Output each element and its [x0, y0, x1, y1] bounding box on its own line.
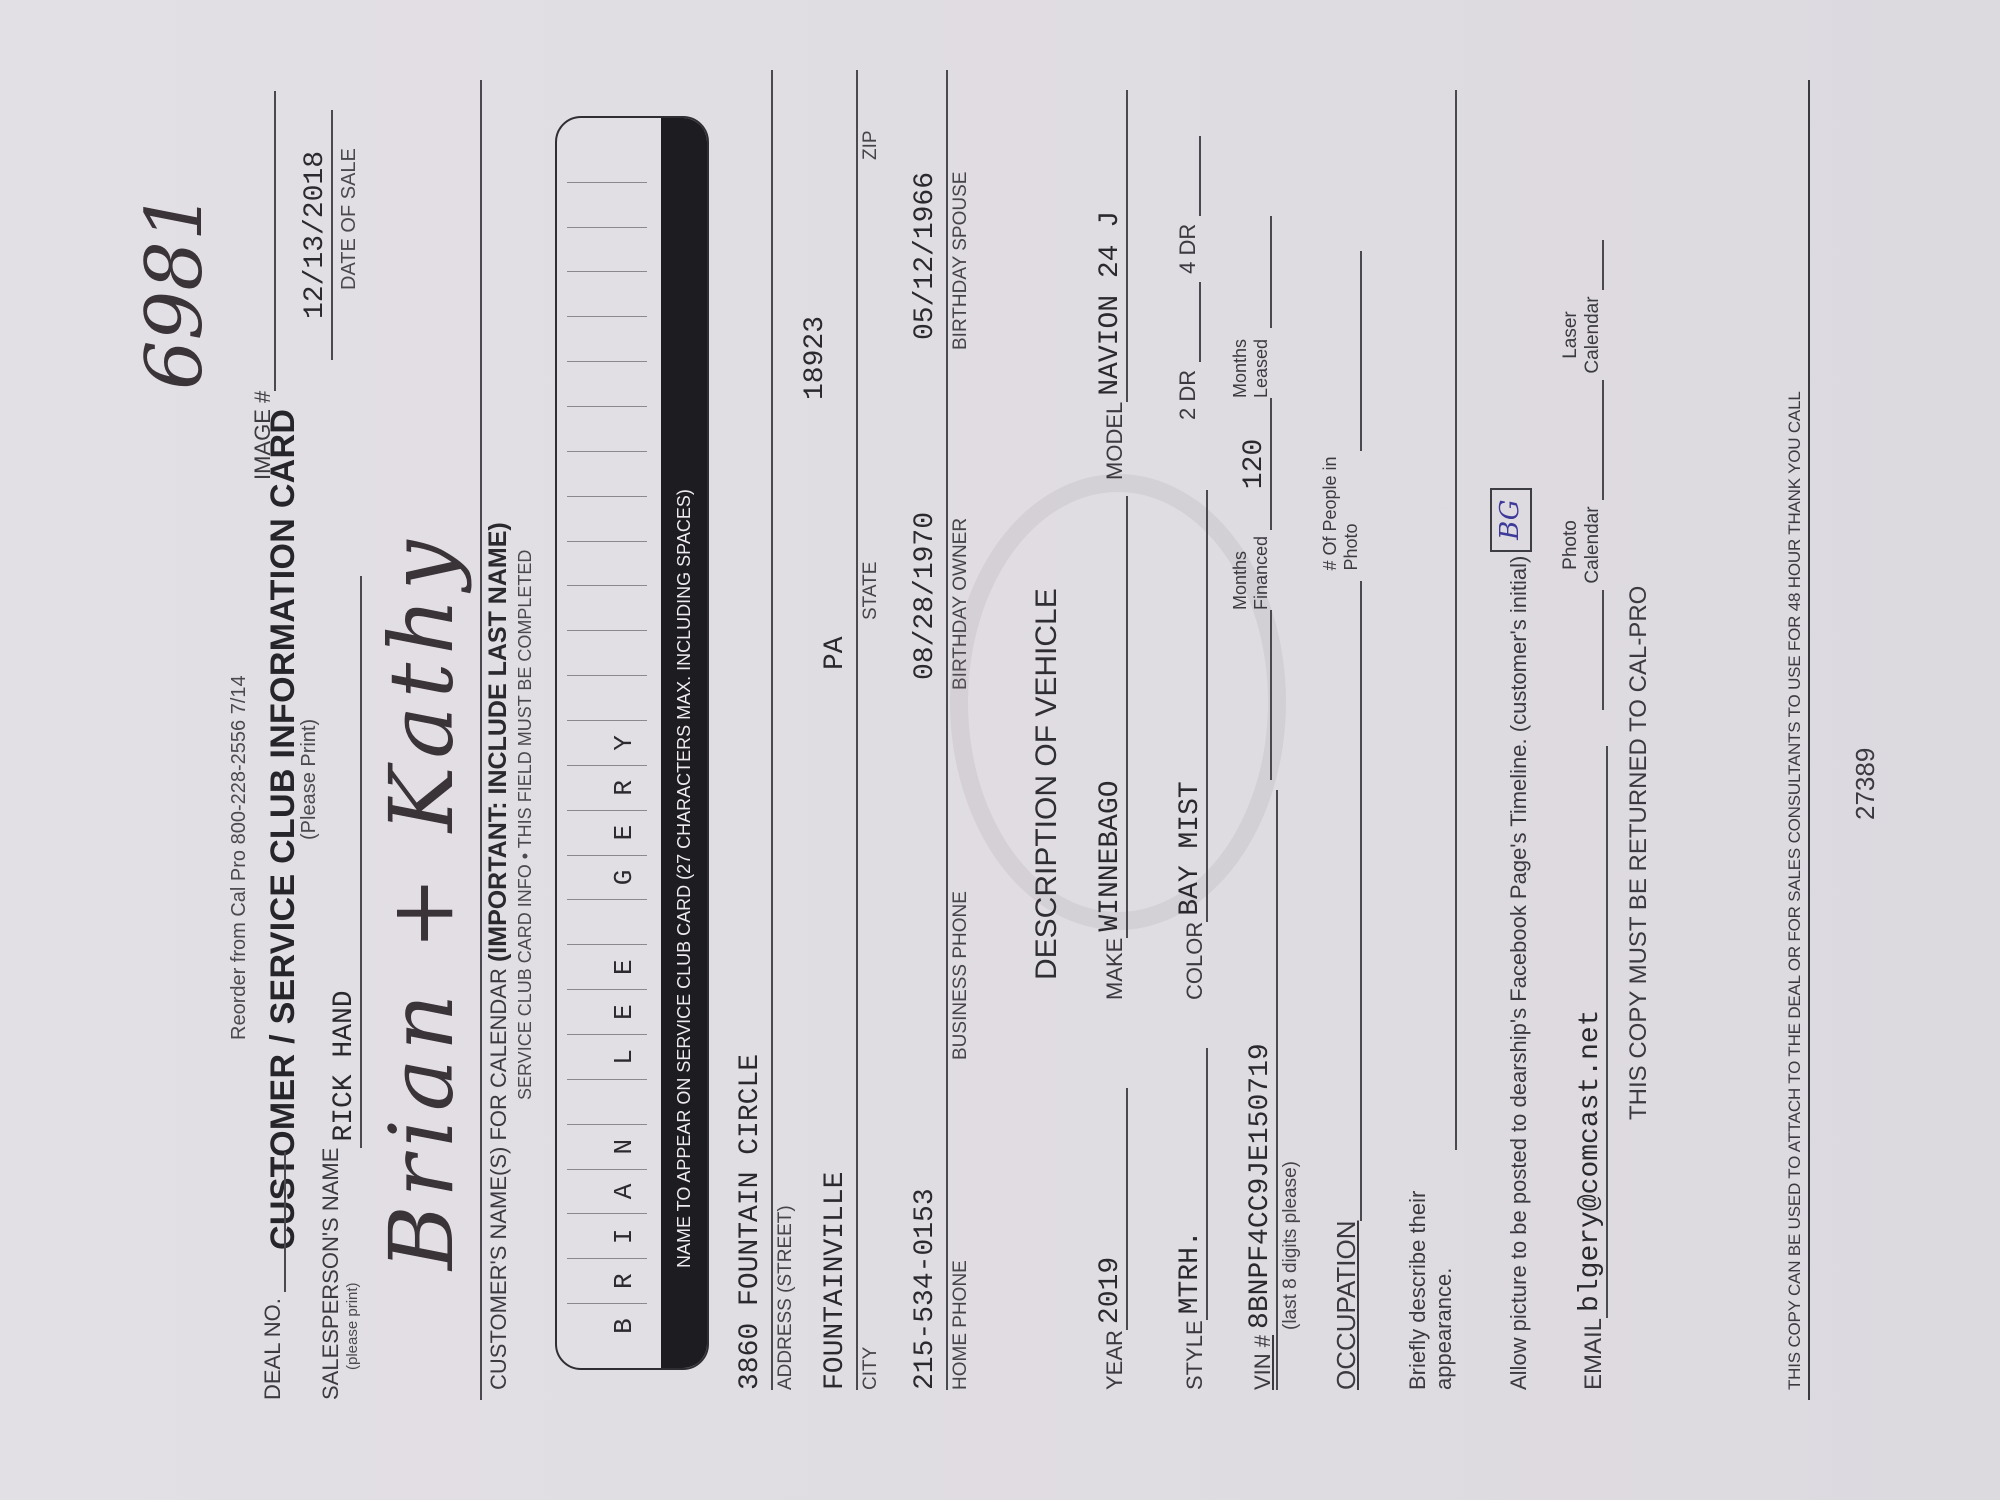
image-number-field[interactable]: IMAGE #	[250, 91, 276, 480]
city-label: CITY	[860, 690, 882, 1390]
name-character-slot[interactable]	[567, 630, 647, 675]
service-club-name-box[interactable]: BRIAN LEE GERY NAME TO APPEAR ON SERVICE…	[555, 116, 709, 1370]
include-last-name-note: (IMPORTANT: INCLUDE LAST NAME)	[484, 522, 512, 962]
name-character-slot[interactable]	[567, 406, 647, 451]
name-character-slot[interactable]: L	[567, 1034, 647, 1079]
business-phone-value	[910, 730, 948, 1060]
two-door-blank[interactable]	[1199, 282, 1201, 362]
four-door-blank[interactable]	[1199, 136, 1201, 216]
email-value: blgery@comcast.net	[1575, 746, 1608, 1318]
name-character-slot[interactable]: E	[567, 810, 647, 855]
street-value: 3860 FOUNTAIN CIRCLE	[735, 70, 773, 1390]
information-card-paper: Reorder from Cal Pro 800-228-2556 7/14 C…	[0, 0, 2000, 1500]
date-of-sale[interactable]: 12/13/2018	[300, 110, 333, 360]
form-serial-number: 27389	[1850, 748, 1881, 820]
name-character-slot[interactable]: A	[567, 1169, 647, 1214]
name-character-slot[interactable]	[567, 271, 647, 316]
name-character-slot[interactable]: R	[567, 1258, 647, 1303]
color-field[interactable]: COLOR BAY MIST	[1175, 490, 1208, 1000]
model-field[interactable]: MODEL NAVION 24 J	[1095, 90, 1128, 480]
vin-value: 8BNPF4CC9JE150719	[1245, 1037, 1276, 1335]
name-character-slot[interactable]	[567, 316, 647, 361]
year-value: 2019	[1095, 1088, 1128, 1330]
name-character-slot[interactable]: I	[567, 1213, 647, 1258]
name-character-slot[interactable]	[567, 541, 647, 586]
months-financed-value: 120	[1239, 398, 1272, 530]
name-character-slot[interactable]	[567, 227, 647, 272]
salesperson-label: SALESPERSON'S NAME	[318, 1148, 343, 1400]
salesperson-sublabel: (please print)	[344, 1282, 361, 1370]
facebook-consent[interactable]: Allow picture to be posted to dearship's…	[1490, 488, 1532, 1390]
name-character-slot[interactable]	[567, 585, 647, 630]
months-leased-value	[1270, 216, 1272, 328]
city-value: FOUNTAINVILLE	[820, 690, 858, 1390]
style-value: MTRH.	[1175, 1048, 1208, 1320]
doors-field[interactable]: 2 DR 4 DR	[1175, 136, 1201, 420]
birthday-spouse-field[interactable]: 05/12/1966 BIRTHDAY SPOUSE	[910, 70, 972, 400]
image-number-label: IMAGE #	[250, 391, 276, 480]
zip-field[interactable]: 18923 ZIP	[800, 70, 882, 410]
name-character-slot[interactable]	[567, 361, 647, 406]
state-value: PA	[820, 410, 858, 690]
birthday-spouse-label: BIRTHDAY SPOUSE	[950, 70, 972, 400]
months-financed-field[interactable]: Months Financed 120 Months Leased	[1230, 216, 1272, 780]
photo-calendar-blank[interactable]	[1602, 590, 1604, 710]
image-number: 6981	[130, 191, 220, 390]
name-character-slot[interactable]: G	[567, 855, 647, 900]
name-character-slot[interactable]: N	[567, 1124, 647, 1169]
name-character-slot[interactable]: Y	[567, 720, 647, 765]
zip-label: ZIP	[860, 70, 882, 410]
deal-number-field[interactable]: DEAL NO.	[260, 1152, 286, 1400]
zip-value: 18923	[800, 70, 858, 410]
state-label: STATE	[860, 410, 882, 690]
deal-number-label: DEAL NO.	[260, 1298, 286, 1400]
customer-initial-box[interactable]: BG	[1490, 488, 1532, 552]
calendar-options[interactable]: Photo Calendar Laser Calendar	[1560, 240, 1604, 710]
name-character-slot[interactable]	[567, 899, 647, 944]
name-character-slot[interactable]	[567, 138, 647, 182]
color-value: BAY MIST	[1175, 490, 1208, 922]
model-value: NAVION 24 J	[1095, 90, 1128, 402]
vin-sublabel: (last 8 digits please)	[1280, 790, 1302, 1390]
name-character-slot[interactable]	[567, 451, 647, 496]
people-in-photo-blank[interactable]	[1360, 251, 1362, 451]
make-field[interactable]: MAKE WINNEBAGO	[1095, 496, 1128, 1000]
name-character-slot[interactable]: E	[567, 989, 647, 1034]
street-label: ADDRESS (STREET)	[775, 70, 797, 1390]
return-note: THIS COPY MUST BE RETURNED TO CAL-PRO	[1625, 586, 1653, 1120]
bottom-note: THIS COPY CAN BE USED TO ATTACH TO THE D…	[1785, 391, 1805, 1390]
name-character-slots[interactable]: BRIAN LEE GERY	[567, 138, 647, 1348]
name-character-slot[interactable]: B	[567, 1303, 647, 1348]
birthday-spouse-value: 05/12/1966	[910, 70, 948, 400]
vehicle-section-title: DESCRIPTION OF VEHICLE	[1030, 588, 1064, 980]
calendar-names-label: CUSTOMER'S NAME(S) FOR CALENDAR (IMPORTA…	[484, 522, 513, 1390]
style-field[interactable]: STYLE MTRH.	[1175, 1048, 1208, 1390]
year-field[interactable]: YEAR 2019	[1095, 1088, 1128, 1390]
state-field[interactable]: PA STATE	[820, 410, 882, 690]
city-field[interactable]: FOUNTAINVILLE CITY	[820, 690, 882, 1390]
occupation-field[interactable]: OCCUPATION # Of People in Photo	[1320, 251, 1362, 1390]
make-value: WINNEBAGO	[1095, 496, 1128, 938]
home-phone-value: 215-534-0153	[910, 1060, 948, 1390]
salesperson-field[interactable]: SALESPERSON'S NAME (please print) RICK H…	[318, 576, 362, 1400]
name-character-slot[interactable]	[567, 182, 647, 227]
date-of-sale-label: DATE OF SALE	[338, 148, 361, 290]
name-band-label: NAME TO APPEAR ON SERVICE CLUB CARD (27 …	[661, 118, 707, 1368]
name-character-slot[interactable]: E	[567, 944, 647, 989]
salesperson-value: RICK HAND	[329, 576, 362, 1148]
street-field[interactable]: 3860 FOUNTAIN CIRCLE ADDRESS (STREET)	[735, 70, 797, 1390]
calendar-names-handwritten[interactable]: Brian + Kathy	[370, 532, 473, 1270]
home-phone-field[interactable]: 215-534-0153 HOME PHONE	[910, 1060, 972, 1390]
name-character-slot[interactable]	[567, 1079, 647, 1124]
birthday-owner-value: 08/28/1970	[910, 400, 948, 730]
appearance-field[interactable]: Briefly describe their appearance.	[1405, 90, 1457, 1390]
home-phone-label: HOME PHONE	[950, 1060, 972, 1390]
reorder-info: Reorder from Cal Pro 800-228-2556 7/14	[228, 675, 251, 1040]
laser-calendar-blank[interactable]	[1602, 380, 1604, 500]
name-character-slot[interactable]	[567, 675, 647, 720]
email-field[interactable]: EMAIL blgery@comcast.net	[1575, 746, 1608, 1390]
vin-field[interactable]: VIN # 8BNPF4CC9JE150719 (last 8 digits p…	[1245, 790, 1302, 1390]
name-character-slot[interactable]: R	[567, 765, 647, 810]
service-club-label: SERVICE CLUB CARD INFO • THIS FIELD MUST…	[515, 550, 536, 1100]
name-character-slot[interactable]	[567, 496, 647, 541]
